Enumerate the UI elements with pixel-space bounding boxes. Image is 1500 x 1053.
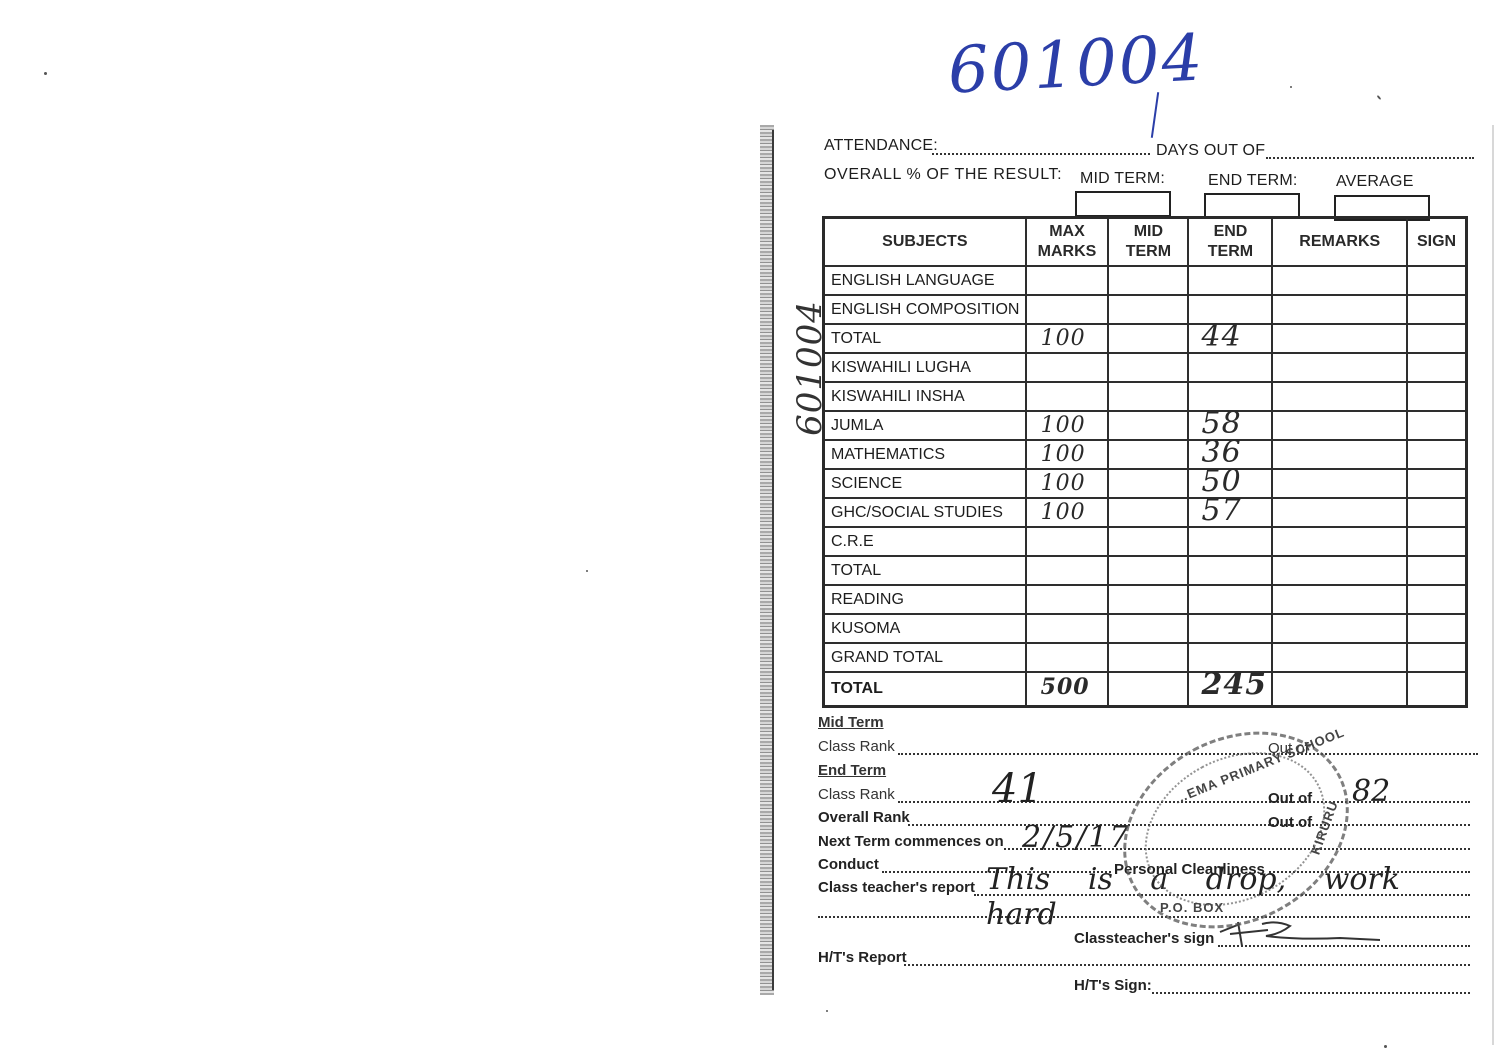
mid-term-cell[interactable] — [1108, 643, 1188, 672]
header-max-marks-label: MAX MARKS — [1037, 222, 1097, 262]
subject-cell: TOTAL — [824, 672, 1026, 707]
remarks-cell[interactable] — [1272, 440, 1407, 469]
table-row: TOTAL10044 — [824, 324, 1467, 353]
mid-term-cell[interactable] — [1108, 556, 1188, 585]
handwritten-end-term: 245 — [1201, 667, 1267, 702]
end-term-pct-label: END TERM: — [1208, 172, 1298, 190]
remarks-cell[interactable] — [1272, 556, 1407, 585]
max-marks-cell[interactable]: 500 — [1026, 672, 1109, 707]
attendance-field[interactable] — [932, 153, 1150, 155]
sign-cell[interactable] — [1407, 527, 1466, 556]
remarks-cell[interactable] — [1272, 498, 1407, 527]
end-term-cell[interactable] — [1188, 585, 1272, 614]
table-row: ENGLISH COMPOSITION — [824, 295, 1467, 324]
remarks-cell[interactable] — [1272, 411, 1407, 440]
table-row: GHC/SOCIAL STUDIES10057 — [824, 498, 1467, 527]
remarks-cell[interactable] — [1272, 469, 1407, 498]
subject-cell: TOTAL — [824, 556, 1026, 585]
mid-term-cell[interactable] — [1108, 440, 1188, 469]
sign-cell[interactable] — [1407, 353, 1466, 382]
remarks-cell[interactable] — [1272, 614, 1407, 643]
max-marks-cell[interactable] — [1026, 585, 1109, 614]
table-row: SCIENCE10050 — [824, 469, 1467, 498]
end-term-cell[interactable]: 245 — [1188, 672, 1272, 707]
remarks-cell[interactable] — [1272, 353, 1407, 382]
mid-term-cell[interactable] — [1108, 411, 1188, 440]
mid-term-cell[interactable] — [1108, 614, 1188, 643]
ht-report-label: H/T's Report — [818, 949, 907, 966]
handwritten-max-marks: 100 — [1041, 471, 1086, 496]
average-pct-label: AVERAGE — [1336, 173, 1414, 191]
mid-term-pct-box[interactable] — [1075, 191, 1171, 217]
days-out-of-label: DAYS OUT OF — [1156, 142, 1265, 160]
header-end-term-label: END TERM — [1205, 222, 1255, 262]
sign-cell[interactable] — [1407, 411, 1466, 440]
max-marks-cell[interactable]: 100 — [1026, 469, 1109, 498]
max-marks-cell[interactable]: 100 — [1026, 498, 1109, 527]
table-row: KUSOMA — [824, 614, 1467, 643]
header-subjects: SUBJECTS — [824, 218, 1026, 267]
table-row: MATHEMATICS10036 — [824, 440, 1467, 469]
remarks-cell[interactable] — [1272, 585, 1407, 614]
table-row: TOTAL — [824, 556, 1467, 585]
max-marks-cell[interactable]: 100 — [1026, 411, 1109, 440]
table-row: C.R.E — [824, 527, 1467, 556]
max-marks-cell[interactable]: 100 — [1026, 324, 1109, 353]
conduct-label: Conduct — [818, 856, 879, 873]
sign-cell[interactable] — [1407, 614, 1466, 643]
sign-cell[interactable] — [1407, 556, 1466, 585]
mid-term-cell[interactable] — [1108, 295, 1188, 324]
subject-cell: ENGLISH COMPOSITION — [824, 295, 1026, 324]
scan-speck — [826, 1010, 828, 1012]
end-term-cell[interactable]: 44 — [1188, 324, 1272, 353]
sign-cell[interactable] — [1407, 382, 1466, 411]
remarks-cell[interactable] — [1272, 382, 1407, 411]
max-marks-cell[interactable]: 100 — [1026, 440, 1109, 469]
end-term-cell[interactable]: 57 — [1188, 498, 1272, 527]
mid-term-cell[interactable] — [1108, 585, 1188, 614]
header-max-marks: MAX MARKS — [1026, 218, 1109, 267]
sign-cell[interactable] — [1407, 643, 1466, 672]
handwritten-max-marks: 100 — [1041, 326, 1086, 351]
remarks-cell[interactable] — [1272, 295, 1407, 324]
sign-cell[interactable] — [1407, 585, 1466, 614]
mid-term-cell[interactable] — [1108, 527, 1188, 556]
table-header-row: SUBJECTS MAX MARKS MID TERM END TERM REM… — [824, 218, 1467, 267]
stamp-text-bottom: P.O. BOX — [1160, 900, 1224, 915]
table-row: KISWAHILI INSHA — [824, 382, 1467, 411]
days-total-field[interactable] — [1266, 157, 1474, 159]
sign-cell[interactable] — [1407, 324, 1466, 353]
subject-cell: GHC/SOCIAL STUDIES — [824, 498, 1026, 527]
next-term-label: Next Term commences on — [818, 833, 1004, 850]
card-left-edge — [772, 130, 774, 990]
mid-class-rank-label: Class Rank — [818, 738, 895, 755]
end-term-cell[interactable] — [1188, 353, 1272, 382]
sign-cell[interactable] — [1407, 440, 1466, 469]
max-marks-cell[interactable] — [1026, 295, 1109, 324]
end-class-rank-value: 41 — [992, 766, 1043, 812]
teacher-report-label: Class teacher's report — [818, 879, 975, 896]
ht-report-field[interactable] — [904, 964, 1470, 966]
scan-speck — [586, 570, 588, 572]
header-end-term: END TERM — [1188, 218, 1272, 267]
scanned-report-card-page: 601004 601004 ATTENDANCE: DAYS OUT OF OV… — [0, 0, 1500, 1053]
max-marks-cell[interactable] — [1026, 556, 1109, 585]
subject-cell: ENGLISH LANGUAGE — [824, 266, 1026, 295]
handwritten-max-marks: 100 — [1041, 500, 1086, 525]
mid-term-cell[interactable] — [1108, 324, 1188, 353]
remarks-cell[interactable] — [1272, 643, 1407, 672]
sign-cell[interactable] — [1407, 295, 1466, 324]
reference-number: 601004 — [946, 21, 1206, 108]
remarks-cell[interactable] — [1272, 266, 1407, 295]
mid-term-heading: Mid Term — [818, 714, 884, 731]
subject-cell: KUSOMA — [824, 614, 1026, 643]
subject-cell: KISWAHILI INSHA — [824, 382, 1026, 411]
scan-speck — [1384, 1045, 1387, 1048]
subject-cell: KISWAHILI LUGHA — [824, 353, 1026, 382]
remarks-cell[interactable] — [1272, 527, 1407, 556]
overall-result-label: OVERALL % OF THE RESULT: — [824, 166, 1062, 184]
scan-speck — [1377, 95, 1382, 100]
max-marks-cell[interactable] — [1026, 382, 1109, 411]
mid-term-cell[interactable] — [1108, 469, 1188, 498]
mid-term-pct-label: MID TERM: — [1080, 170, 1165, 188]
header-mid-term: MID TERM — [1108, 218, 1188, 267]
sign-cell[interactable] — [1407, 469, 1466, 498]
remarks-cell[interactable] — [1272, 324, 1407, 353]
header-remarks: REMARKS — [1272, 218, 1407, 267]
overall-rank-label: Overall Rank — [818, 809, 910, 826]
table-row: KISWAHILI LUGHA — [824, 353, 1467, 382]
table-row: ENGLISH LANGUAGE — [824, 266, 1467, 295]
end-term-cell[interactable] — [1188, 266, 1272, 295]
header-sign: SIGN — [1407, 218, 1466, 267]
max-marks-cell[interactable] — [1026, 353, 1109, 382]
handwritten-end-term: 57 — [1201, 493, 1241, 528]
end-term-cell[interactable] — [1188, 556, 1272, 585]
mid-term-cell[interactable] — [1108, 382, 1188, 411]
table-row: READING — [824, 585, 1467, 614]
marks-table-body: ENGLISH LANGUAGEENGLISH COMPOSITIONTOTAL… — [824, 266, 1467, 707]
subject-cell: GRAND TOTAL — [824, 643, 1026, 672]
end-out-of-value: 82 — [1352, 774, 1390, 809]
handwritten-max-marks: 500 — [1041, 674, 1090, 700]
subject-cell: READING — [824, 585, 1026, 614]
handwritten-max-marks: 100 — [1041, 413, 1086, 438]
remarks-cell[interactable] — [1272, 672, 1407, 707]
max-marks-cell[interactable] — [1026, 643, 1109, 672]
ht-sign-field[interactable] — [1152, 992, 1470, 994]
subject-cell: JUMLA — [824, 411, 1026, 440]
reference-number-stroke — [1151, 92, 1159, 138]
mid-term-cell[interactable] — [1108, 266, 1188, 295]
subject-cell: SCIENCE — [824, 469, 1026, 498]
max-marks-cell[interactable] — [1026, 614, 1109, 643]
sign-cell[interactable] — [1407, 672, 1466, 707]
scan-speck — [44, 72, 47, 75]
handwritten-max-marks: 100 — [1041, 442, 1086, 467]
mid-term-cell[interactable] — [1108, 353, 1188, 382]
subject-cell: TOTAL — [824, 324, 1026, 353]
next-term-date: 2/5/17 — [1022, 820, 1131, 855]
end-term-cell[interactable] — [1188, 614, 1272, 643]
max-marks-cell[interactable] — [1026, 527, 1109, 556]
sign-cell[interactable] — [1407, 498, 1466, 527]
end-term-heading: End Term — [818, 762, 886, 779]
mid-term-cell[interactable] — [1108, 498, 1188, 527]
max-marks-cell[interactable] — [1026, 266, 1109, 295]
header-mid-term-label: MID TERM — [1123, 222, 1173, 262]
table-row: JUMLA10058 — [824, 411, 1467, 440]
end-class-rank-label: Class Rank — [818, 786, 895, 803]
subject-cell: MATHEMATICS — [824, 440, 1026, 469]
table-row: GRAND TOTAL — [824, 643, 1467, 672]
table-row: TOTAL500245 — [824, 672, 1467, 707]
mid-term-cell[interactable] — [1108, 672, 1188, 707]
end-term-cell[interactable] — [1188, 527, 1272, 556]
sign-cell[interactable] — [1407, 266, 1466, 295]
marks-table: SUBJECTS MAX MARKS MID TERM END TERM REM… — [822, 216, 1468, 708]
handwritten-end-term: 44 — [1201, 319, 1241, 354]
attendance-label: ATTENDANCE: — [824, 137, 938, 155]
subject-cell: C.R.E — [824, 527, 1026, 556]
ht-sign-label: H/T's Sign: — [1074, 977, 1152, 994]
scan-speck — [1290, 86, 1292, 88]
